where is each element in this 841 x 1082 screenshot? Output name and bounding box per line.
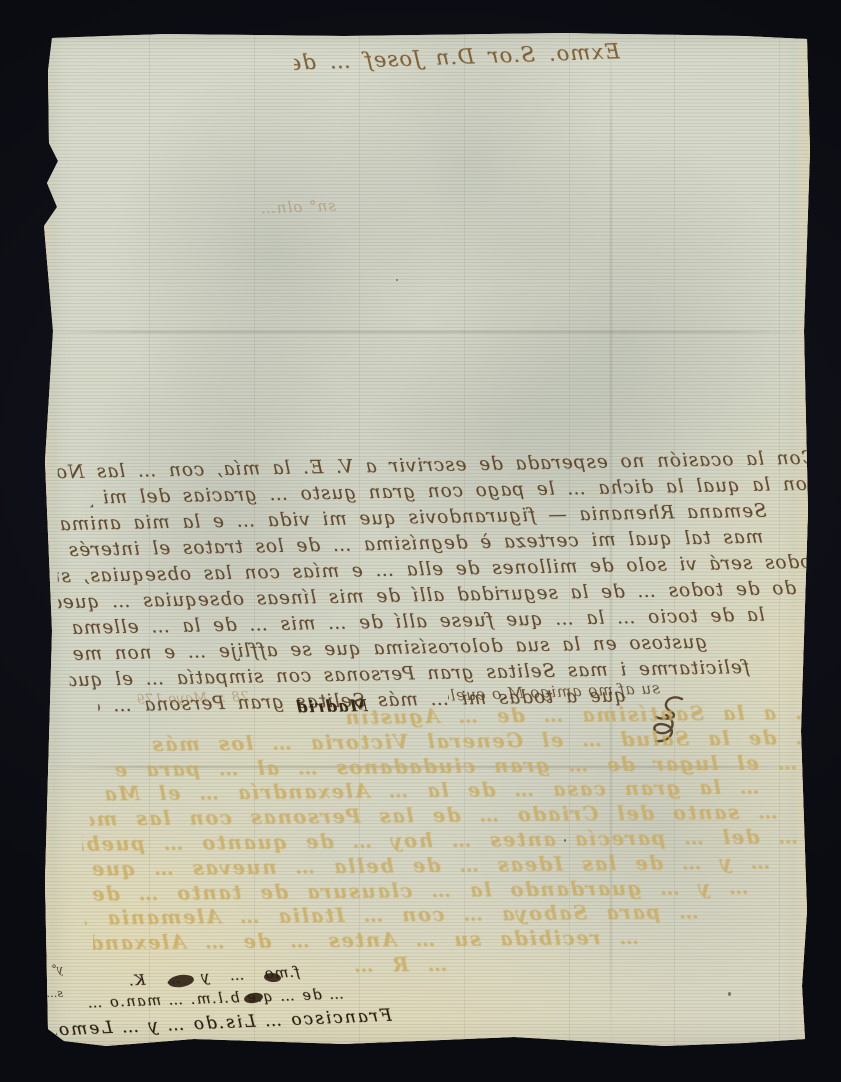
margin-mark-text: s… — [41, 987, 63, 1000]
scan-background: { "scene": { "description": "Verso of an… — [0, 0, 841, 1082]
margin-mark: y° — [41, 963, 63, 976]
address-heading: Exmo. S.or D.n Josef … de … Cobos … — [293, 29, 620, 86]
mirrored-faded: … a la Santísima … de … Agustín … otros … — [57, 701, 818, 982]
margin-mark-text: y° — [41, 963, 63, 976]
fold-crease-upper — [44, 331, 810, 333]
date-fragment-text: … 28 … Mayo 179… — [138, 687, 268, 708]
letter-body-block: Con la ocasión no esperada de escrivir a… — [46, 446, 823, 723]
letter-page: Exmo. S.or D.n Josef … de … Cobos … sn° … — [44, 31, 810, 1047]
address-heading-text: Exmo. S.or D.n Josef … de … Cobos … — [293, 29, 620, 84]
ink-fleck — [564, 839, 566, 842]
faded-line: … recibida su … Antes … de … Alexandría … — [93, 926, 639, 957]
margin-mark: s… — [41, 987, 63, 1000]
mirrored-body: Con la ocasión no esperada de escrivir a… — [46, 446, 823, 721]
ink-fleck — [728, 992, 731, 996]
faint-note-text: sn° oln… — [200, 195, 337, 222]
ink-fleck — [396, 279, 398, 281]
faint-note: sn° oln… — [200, 195, 337, 224]
faded-showthrough-block: … a la Santísima … de … Agustín … otros … — [57, 701, 818, 987]
